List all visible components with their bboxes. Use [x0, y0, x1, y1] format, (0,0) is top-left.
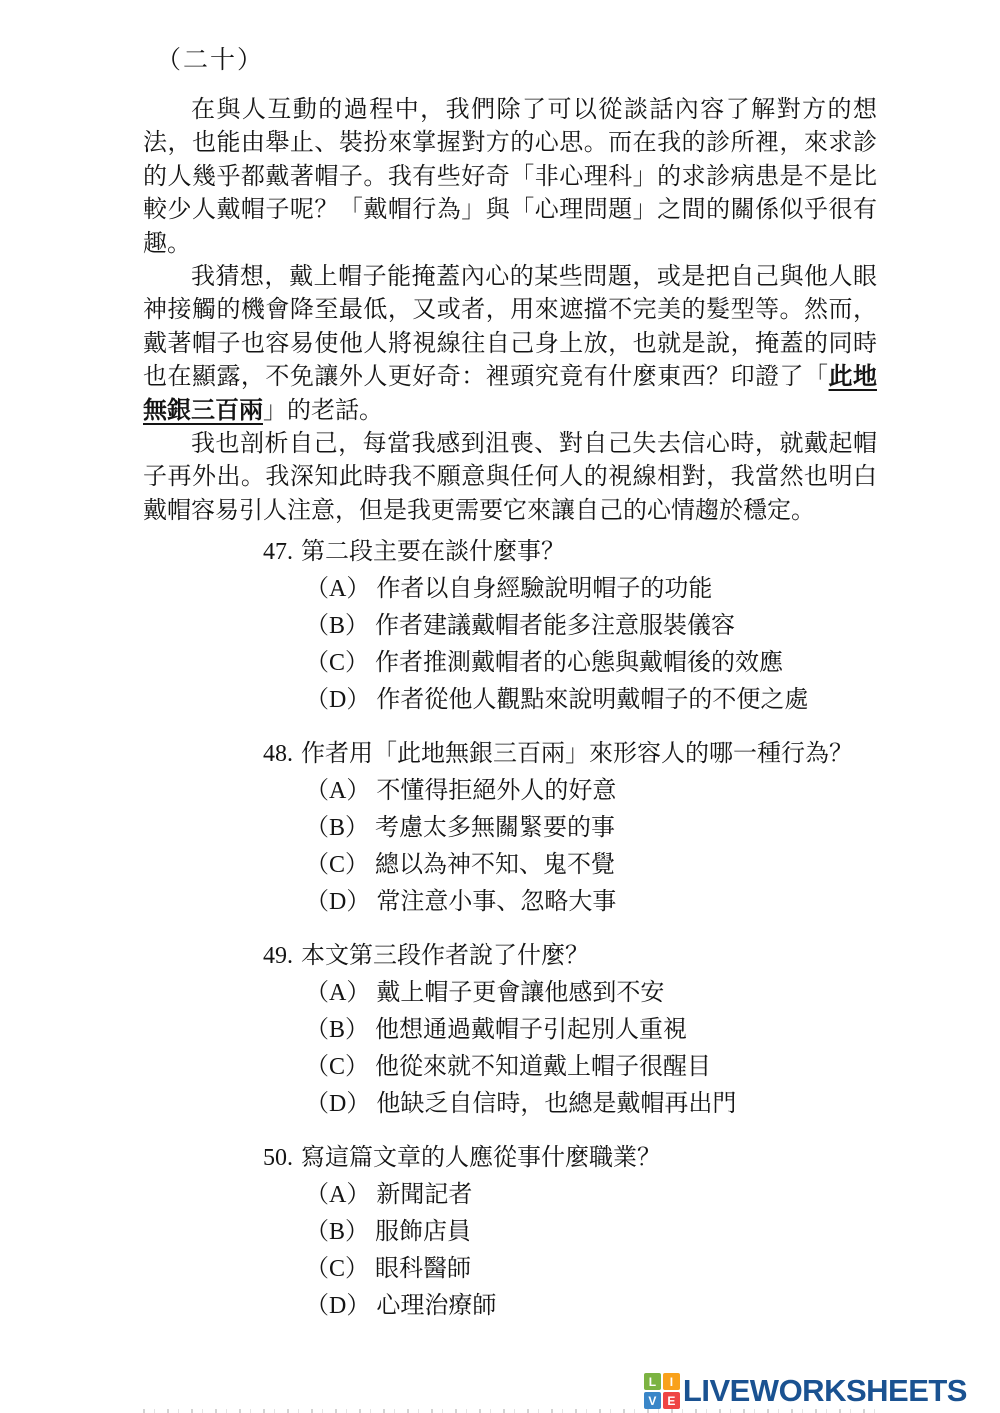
passage-line: 在與人互動的過程中，我們除了可以從談話內容了解對方的想 [143, 94, 877, 127]
passage-text: 趣。 [143, 231, 191, 257]
liveworksheets-logo[interactable]: LIVE LIVEWORKSHEETS [644, 1373, 967, 1409]
option-text: 他缺乏自信時，也總是戴帽再出門 [376, 1091, 736, 1117]
passage-line: 神接觸的機會降至最低，又或者，用來遮擋不完美的髮型等。然而， [143, 294, 877, 327]
liveworksheets-tiles-icon: LIVE [644, 1373, 680, 1409]
option-label: （C） [305, 852, 369, 878]
passage-text: 戴著帽子也容易使他人將視線往自己身上放，也就是說，掩蓋的同時 [143, 331, 877, 357]
question-text: 本文第三段作者說了什麼？ [301, 943, 589, 969]
answer-option[interactable]: （C）他從來就不知道戴上帽子很醒目 [263, 1049, 903, 1086]
option-text: 常注意小事、忽略大事 [376, 889, 616, 915]
question-stem: 49.本文第三段作者說了什麼？ [263, 938, 903, 975]
option-text: 戴上帽子更會讓他感到不安 [376, 980, 664, 1006]
passage-text: 較少人戴帽子呢？「戴帽行為」與「心理問題」之間的關係似乎很有 [143, 197, 877, 223]
question-number: 47. [263, 534, 301, 571]
passage-line: 也在顯露，不免讓外人更好奇：裡頭究竟有什麼東西？印證了「此地 [143, 361, 877, 394]
answer-option[interactable]: （B）作者建議戴帽者能多注意服裝儀容 [263, 608, 903, 645]
answer-option[interactable]: （C）總以為神不知、鬼不覺 [263, 847, 903, 884]
answer-option[interactable]: （B）他想通過戴帽子引起別人重視 [263, 1012, 903, 1049]
liveworksheets-wordmark: LIVEWORKSHEETS [683, 1373, 967, 1409]
answer-option[interactable]: （B）服飾店員 [263, 1214, 903, 1251]
paragraph: 我猜想，戴上帽子能掩蓋內心的某些問題，或是把自己與他人眼神接觸的機會降至最低，又… [143, 261, 877, 428]
passage-text: 我猜想，戴上帽子能掩蓋內心的某些問題，或是把自己與他人眼 [191, 264, 877, 290]
passage-line: 戴帽容易引人注意，但是我更需要它來讓自己的心情趨於穩定。 [143, 495, 877, 528]
option-text: 他想通過戴帽子引起別人重視 [375, 1017, 687, 1043]
question-text: 第二段主要在談什麼事？ [301, 539, 565, 565]
option-label: （D） [305, 687, 370, 713]
question-stem: 48.作者用「此地無銀三百兩」來形容人的哪一種行為？ [263, 736, 903, 773]
option-label: （A） [305, 576, 370, 602]
passage-text: 神接觸的機會降至最低，又或者，用來遮擋不完美的髮型等。然而， [143, 297, 877, 323]
passage-text: 我也剖析自己，每當我感到沮喪、對自己失去信心時，就戴起帽 [191, 431, 877, 457]
option-text: 眼科醫師 [375, 1256, 471, 1282]
section-label: （二十） [156, 40, 264, 76]
option-text: 不懂得拒絕外人的好意 [376, 778, 616, 804]
option-label: （D） [305, 1091, 370, 1117]
question-text: 作者用「此地無銀三百兩」來形容人的哪一種行為？ [301, 741, 853, 767]
option-text: 心理治療師 [376, 1293, 496, 1319]
answer-option[interactable]: （D）心理治療師 [263, 1288, 903, 1325]
answer-option[interactable]: （A）作者以自身經驗說明帽子的功能 [263, 571, 903, 608]
answer-option[interactable]: （C）眼科醫師 [263, 1251, 903, 1288]
option-text: 作者推測戴帽者的心態與戴帽後的效應 [375, 650, 783, 676]
question-number: 50. [263, 1140, 301, 1177]
question: 49.本文第三段作者說了什麼？（A）戴上帽子更會讓他感到不安（B）他想通過戴帽子… [263, 938, 903, 1123]
passage-line: 較少人戴帽子呢？「戴帽行為」與「心理問題」之間的關係似乎很有 [143, 194, 877, 227]
option-text: 作者以自身經驗說明帽子的功能 [376, 576, 712, 602]
option-text: 作者從他人觀點來說明戴帽子的不便之處 [376, 687, 808, 713]
question-number: 49. [263, 938, 301, 975]
option-text: 作者建議戴帽者能多注意服裝儀容 [375, 613, 735, 639]
passage-text: 子再外出。我深知此時我不願意與任何人的視線相對，我當然也明白 [143, 464, 877, 490]
questions-section: 47.第二段主要在談什麼事？（A）作者以自身經驗說明帽子的功能（B）作者建議戴帽… [263, 534, 903, 1342]
paragraph: 在與人互動的過程中，我們除了可以從談話內容了解對方的想法，也能由舉止、裝扮來掌握… [143, 94, 877, 261]
option-label: （B） [305, 1219, 369, 1245]
option-text: 服飾店員 [375, 1219, 471, 1245]
question-number: 48. [263, 736, 301, 773]
passage-text: 在與人互動的過程中，我們除了可以從談話內容了解對方的想 [191, 97, 877, 123]
logo-tile-e: E [663, 1392, 680, 1409]
question-stem: 50.寫這篇文章的人應從事什麼職業？ [263, 1140, 903, 1177]
option-label: （B） [305, 613, 369, 639]
option-label: （C） [305, 1256, 369, 1282]
option-label: （B） [305, 1017, 369, 1043]
option-label: （D） [305, 889, 370, 915]
logo-tile-i: I [663, 1373, 680, 1390]
option-label: （A） [305, 1182, 370, 1208]
option-text: 總以為神不知、鬼不覺 [375, 852, 615, 878]
answer-option[interactable]: （D）常注意小事、忽略大事 [263, 884, 903, 921]
passage-text: 也在顯露，不免讓外人更好奇：裡頭究竟有什麼東西？印證了「 [143, 364, 829, 390]
passage-text: 戴帽容易引人注意，但是我更需要它來讓自己的心情趨於穩定。 [143, 498, 815, 524]
option-text: 新聞記者 [376, 1182, 472, 1208]
answer-option[interactable]: （A）戴上帽子更會讓他感到不安 [263, 975, 903, 1012]
option-text: 他從來就不知道戴上帽子很醒目 [375, 1054, 711, 1080]
question: 48.作者用「此地無銀三百兩」來形容人的哪一種行為？（A）不懂得拒絕外人的好意（… [263, 736, 903, 921]
answer-option[interactable]: （D）他缺乏自信時，也總是戴帽再出門 [263, 1086, 903, 1123]
option-label: （B） [305, 815, 369, 841]
underlined-idiom: 無銀三百兩 [143, 398, 263, 424]
passage-line: 子再外出。我深知此時我不願意與任何人的視線相對，我當然也明白 [143, 461, 877, 494]
passage: 在與人互動的過程中，我們除了可以從談話內容了解對方的想法，也能由舉止、裝扮來掌握… [143, 94, 877, 528]
option-label: （D） [305, 1293, 370, 1319]
passage-line: 的人幾乎都戴著帽子。我有些好奇「非心理科」的求診病患是不是比 [143, 161, 877, 194]
question-text: 寫這篇文章的人應從事什麼職業？ [301, 1145, 661, 1171]
answer-option[interactable]: （A）不懂得拒絕外人的好意 [263, 773, 903, 810]
passage-line: 趣。 [143, 228, 877, 261]
passage-text: 法，也能由舉止、裝扮來掌握對方的心思。而在我的診所裡，來求診 [143, 130, 877, 156]
logo-tile-v: V [644, 1392, 661, 1409]
cutoff-text-strip [143, 1409, 877, 1413]
answer-option[interactable]: （C）作者推測戴帽者的心態與戴帽後的效應 [263, 645, 903, 682]
logo-tile-l: L [644, 1373, 661, 1390]
underlined-idiom: 此地 [829, 364, 877, 390]
question: 50.寫這篇文章的人應從事什麼職業？（A）新聞記者（B）服飾店員（C）眼科醫師（… [263, 1140, 903, 1325]
question: 47.第二段主要在談什麼事？（A）作者以自身經驗說明帽子的功能（B）作者建議戴帽… [263, 534, 903, 719]
option-label: （A） [305, 980, 370, 1006]
paragraph: 我也剖析自己，每當我感到沮喪、對自己失去信心時，就戴起帽子再外出。我深知此時我不… [143, 428, 877, 528]
option-text: 考慮太多無關緊要的事 [375, 815, 615, 841]
passage-line: 我也剖析自己，每當我感到沮喪、對自己失去信心時，就戴起帽 [143, 428, 877, 461]
option-label: （A） [305, 778, 370, 804]
passage-line: 無銀三百兩」的老話。 [143, 395, 877, 428]
passage-line: 法，也能由舉止、裝扮來掌握對方的心思。而在我的診所裡，來求診 [143, 127, 877, 160]
answer-option[interactable]: （D）作者從他人觀點來說明戴帽子的不便之處 [263, 682, 903, 719]
passage-text: 的人幾乎都戴著帽子。我有些好奇「非心理科」的求診病患是不是比 [143, 164, 877, 190]
option-label: （C） [305, 650, 369, 676]
passage-text: 」的老話。 [263, 398, 383, 424]
question-stem: 47.第二段主要在談什麼事？ [263, 534, 903, 571]
answer-option[interactable]: （B）考慮太多無關緊要的事 [263, 810, 903, 847]
passage-line: 我猜想，戴上帽子能掩蓋內心的某些問題，或是把自己與他人眼 [143, 261, 877, 294]
passage-line: 戴著帽子也容易使他人將視線往自己身上放，也就是說，掩蓋的同時 [143, 328, 877, 361]
worksheet-page: （二十） 在與人互動的過程中，我們除了可以從談話內容了解對方的想法，也能由舉止、… [0, 0, 1000, 1413]
option-label: （C） [305, 1054, 369, 1080]
answer-option[interactable]: （A）新聞記者 [263, 1177, 903, 1214]
